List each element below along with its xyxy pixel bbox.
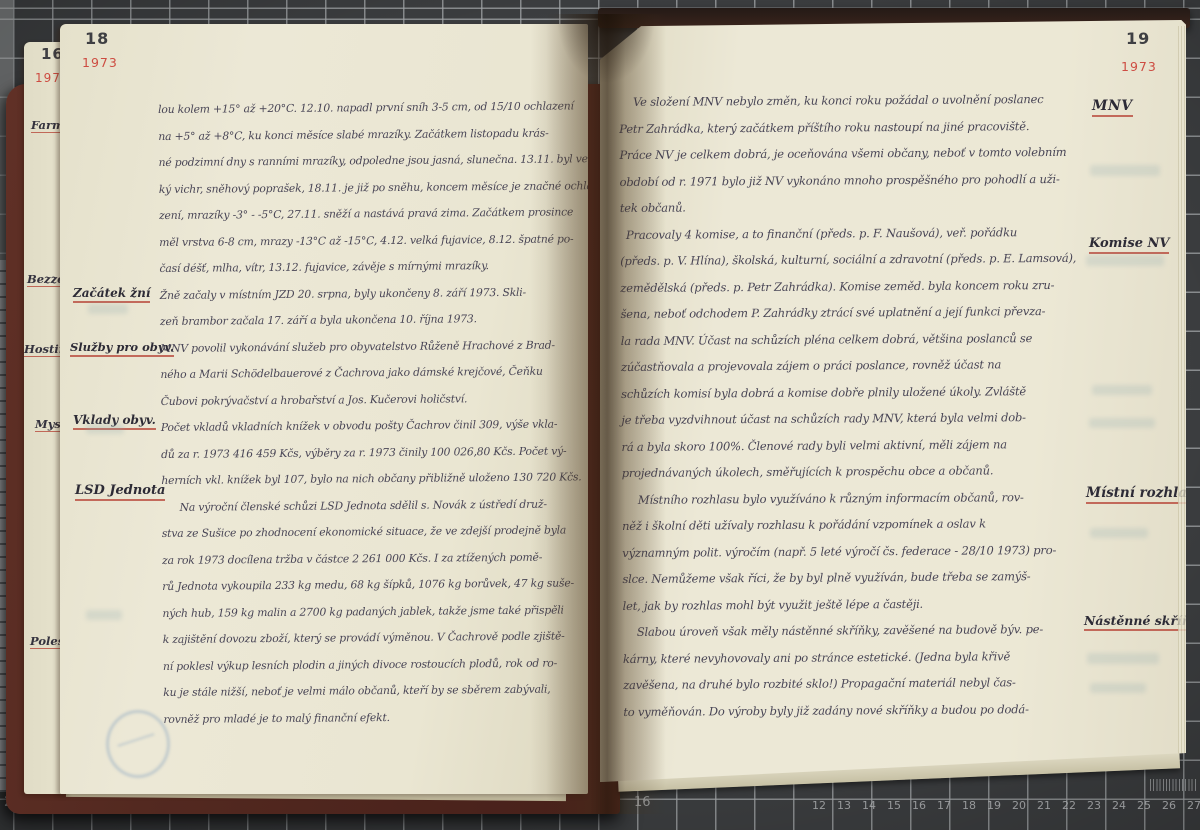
ruler-number: 17 [937, 799, 951, 812]
chronicle-photo: { "left_page": { "page_number": "18", "y… [0, 0, 1200, 830]
handwritten-line: na +5° až +8°C, ku konci měsíce slabé mr… [158, 120, 560, 150]
handwritten-line: významným polit. výročím (např. 5 leté v… [622, 536, 1094, 566]
ruler-number: 16 [634, 795, 651, 810]
ruler-number: 25 [1137, 799, 1151, 812]
ruler-number: 16 [912, 799, 926, 812]
margin-heading-sluzby-pro-obyv: Služby pro obyv. [70, 340, 174, 357]
handwritten-line: stva ze Sušice po zhodnocení ekonomické … [162, 517, 564, 547]
handwritten-line: zavěšena, na druhé bylo rozbité sklo!) P… [623, 669, 1095, 699]
handwritten-line: Žně začaly v místním JZD 20. srpna, byly… [160, 279, 562, 309]
year-stamp-18: 1973 [82, 55, 118, 70]
year-stamp-19: 1973 [1121, 59, 1157, 74]
handwritten-line: období od r. 1971 bylo již NV vykonáno m… [620, 165, 1092, 195]
handwritten-line: ký vichr, sněhový poprašek, 18.11. je ji… [159, 173, 561, 203]
handwritten-line: MNV povolil vykonávání služeb pro obyvat… [160, 332, 562, 362]
ruler-number: 21 [1037, 799, 1051, 812]
margin-heading-mistni-rozhlas: Místní rozhlas [1086, 485, 1186, 504]
handwritten-line: Práce NV je celkem dobrá, je oceňována v… [619, 139, 1091, 169]
handwritten-line: tek občanů. [620, 192, 1092, 222]
handwritten-line: (předs. p. V. Hlína), školská, kulturní,… [620, 245, 1092, 275]
margin-heading-zacatek-zni: Začátek žní [73, 286, 150, 303]
handwritten-line: Ve složení MNV nebylo změn, ku konci rok… [619, 86, 1091, 116]
handwritten-line: něž i školní děti užívaly rozhlasu k poř… [622, 510, 1094, 540]
left-page-handwriting: lou kolem +15° až +20°C. 12.10. napadl p… [158, 93, 566, 732]
handwritten-line: né podzimní dny s ranními mrazíky, odpol… [158, 146, 560, 176]
handwritten-line: Počet vkladů vkladních knížek v obvodu p… [161, 411, 563, 441]
handwritten-line: časí déšť, mlha, vítr, 13.12. fujavice, … [159, 252, 561, 282]
show-through-smudge [88, 304, 128, 314]
handwritten-line: Na výroční členské schůzi LSD Jednota sd… [161, 491, 563, 521]
show-through-smudge [1090, 528, 1148, 538]
show-through-smudge [1086, 255, 1164, 266]
handwritten-line: ného a Marii Schödelbauerové z Čachrova … [160, 358, 562, 388]
page-number-18: 18 [85, 29, 109, 48]
right-page-handwriting: Ve složení MNV nebylo změn, ku konci rok… [619, 86, 1095, 725]
handwritten-line: rovněž pro mladé je to malý finanční efe… [163, 703, 565, 733]
handwritten-line: ní poklesl výkup lesních plodin a jiných… [163, 650, 565, 680]
show-through-smudge [1090, 165, 1160, 176]
ruler-number: 26 [1162, 799, 1176, 812]
handwritten-line: k zajištění dovozu zboží, který se prová… [163, 623, 565, 653]
handwritten-line: ku je stále nižší, neboť je velmi málo o… [163, 676, 565, 706]
right-page: 19 1973 MNV Komise NV Místní rozhlas Nás… [600, 20, 1186, 782]
handwritten-line: dů za r. 1973 416 459 Kčs, výběry za r. … [161, 438, 563, 468]
handwritten-line: to vyměňován. Do výroby byly již zadány … [623, 695, 1095, 725]
handwritten-line: zúčastňovala a projevovala zájem o práci… [621, 351, 1093, 381]
ruler-number: 23 [1087, 799, 1101, 812]
handwritten-line: za rok 1973 docílena tržba v částce 2 26… [162, 544, 564, 574]
ruler-number: 13 [837, 799, 851, 812]
ruler-number: 20 [1012, 799, 1026, 812]
handwritten-line: rů Jednota vykoupila 233 kg medu, 68 kg … [162, 570, 564, 600]
show-through-smudge [1092, 385, 1152, 395]
ruler-number: 12 [812, 799, 826, 812]
handwritten-line: la rada MNV. Účast na schůzích pléna cel… [621, 324, 1093, 354]
handwritten-line: zení, mrazíky -3° - -5°C, 27.11. sněží a… [159, 199, 561, 229]
handwritten-line: let, jak by rozhlas mohl být využit ješt… [623, 589, 1095, 619]
handwritten-line: schůzích komisí byla dobrá a komise dobř… [621, 377, 1093, 407]
handwritten-line: herních vkl. knížek byl 107, bylo na nic… [161, 464, 563, 494]
ink-stamp-circle [106, 710, 170, 778]
handwritten-line: Čubovi pokrývačství a hrobařství a Jos. … [161, 385, 563, 415]
handwritten-line: je třeba vyzdvihnout účast na schůzích r… [621, 404, 1093, 434]
handwritten-line: ných hub, 159 kg malin a 2700 kg padanýc… [162, 597, 564, 627]
ruler-number: 22 [1062, 799, 1076, 812]
handwritten-line: šena, neboť odchodem P. Zahrádky ztrácí … [620, 298, 1092, 328]
handwritten-line: Pracovaly 4 komise, a to finanční (předs… [620, 218, 1092, 248]
handwritten-line: slce. Nemůžeme však říci, že by byl plně… [622, 563, 1094, 593]
margin-heading-mnv: MNV [1092, 98, 1133, 117]
left-page: 18 1973 Začátek žní Služby pro obyv. Vkl… [60, 24, 588, 794]
margin-heading-nastenne-skrinky: Nástěnné skříňky [1084, 613, 1186, 631]
show-through-smudge [1090, 683, 1146, 693]
ruler-number: 19 [987, 799, 1001, 812]
page-number-19: 19 [1126, 29, 1150, 48]
show-through-smudge [1087, 653, 1159, 664]
show-through-smudge [86, 610, 122, 620]
ruler-number: 14 [862, 799, 876, 812]
handwritten-line: projednávaných úkolech, směřujících k pr… [622, 457, 1094, 487]
ruler-number: 24 [1112, 799, 1126, 812]
handwritten-line: měl vrstva 6-8 cm, mrazy -13°C až -15°C,… [159, 226, 561, 256]
handwritten-line: rá a byla skoro 100%. Členové rady byli … [621, 430, 1093, 460]
ruler-number: 18 [962, 799, 976, 812]
handwritten-line: zeň brambor začala 17. září a byla ukonč… [160, 305, 562, 335]
ruler-number: 15 [887, 799, 901, 812]
handwritten-line: Petr Zahrádka, který začátkem příštího r… [619, 112, 1091, 142]
handwritten-line: lou kolem +15° až +20°C. 12.10. napadl p… [158, 93, 560, 123]
margin-heading-komise-nv: Komise NV [1089, 236, 1169, 254]
handwritten-line: Slabou úroveň však měly nástěnné skříňky… [623, 616, 1095, 646]
ruler-number: 27 [1187, 799, 1200, 812]
margin-heading-lsd-jednota: LSD Jednota [75, 483, 165, 501]
handwritten-line: zemědělská (předs. p. Petr Zahrádka). Ko… [620, 271, 1092, 301]
show-through-smudge [1089, 418, 1155, 428]
handwritten-line: Místního rozhlasu bylo využíváno k různý… [622, 483, 1094, 513]
show-through-smudge [86, 424, 124, 434]
bottom-right-ruler-ticks [1150, 779, 1198, 791]
handwritten-line: kárny, které nevyhovovaly ani po stránce… [623, 642, 1095, 672]
